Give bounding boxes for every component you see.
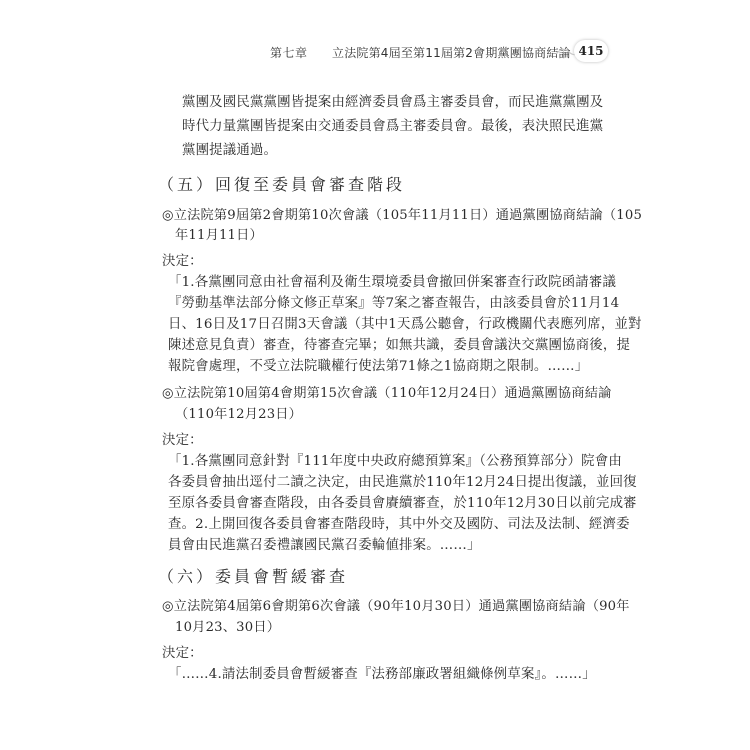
paragraph-line: 黨團及國民黨黨團皆提案由經濟委員會爲主審委員會，而民進黨黨團及 (182, 93, 603, 113)
quote-line: 「1.各黨團同意由社會福利及衛生環境委員會撤回併案審查行政院函請審議 (168, 273, 616, 293)
chapter-label: 第七章 (270, 44, 308, 61)
chapter-title: 立法院第4屆至第11屆第2會期黨團協商結論 (332, 44, 571, 61)
citation-line: （110年12月23日） (175, 405, 302, 425)
quote-line: 報院會處理，不受立法院職權行使法第71條之1協商期之限制。……」 (168, 357, 588, 377)
quote-line: 各委員會抽出逕付二讀之決定，由民進黨於110年12月24日提出復議，並回復 (168, 473, 637, 493)
quote-line: 至原各委員會審查階段，由各委員會賡續審查，於110年12月30日以前完成審 (168, 494, 637, 514)
quote-line: 「……4.請法制委員會暫緩審查『法務部廉政署組織條例草案』。……」 (168, 665, 596, 685)
section-heading: （五）回復至委員會審查階段 (158, 175, 405, 195)
citation-line: 年11月11日） (175, 226, 263, 246)
decision-label: 決定： (162, 644, 203, 664)
quote-line: 『勞動基準法部分條文修正草案』等7案之審查報告，由該委員會於11月14 (168, 294, 619, 314)
citation-line: ◎立法院第4屆第6會期第6次會議（90年10月30日）通過黨團協商結論（90年 (162, 597, 630, 617)
quote-line: 日、16日及17日召開3天會議（其中1天爲公聽會，行政機關代表應列席，並對 (168, 315, 642, 335)
paragraph-line: 黨團提議通過。 (182, 141, 277, 161)
quote-line: 陳述意見負責）審查，待審查完畢；如無共識，委員會議決交黨團協商後，提 (168, 336, 630, 356)
citation-line: ◎立法院第9屆第2會期第10次會議（105年11月11日）通過黨團協商結論（10… (162, 206, 642, 226)
book-page: 第七章 立法院第4屆至第11屆第2會期黨團協商結論 415 黨團及國民黨黨團皆提… (0, 0, 750, 750)
page-number: 415 (574, 40, 608, 62)
quote-line: 「1.各黨團同意針對『111年度中央政府總預算案』（公務預算部分）院會由 (168, 452, 622, 472)
running-header: 第七章 立法院第4屆至第11屆第2會期黨團協商結論 415 (270, 40, 610, 64)
decision-label: 決定： (162, 431, 203, 451)
decision-label: 決定： (162, 252, 203, 272)
citation-line: ◎立法院第10屆第4會期第15次會議（110年12月24日）通過黨團協商結論 (162, 384, 611, 404)
quote-line: 員會由民進黨召委禮讓國民黨召委輪値排案。……」 (168, 536, 481, 556)
section-heading: （六）委員會暫緩審查 (158, 567, 348, 587)
citation-line: 10月23、30日） (175, 618, 280, 638)
paragraph-line: 時代力量黨團皆提案由交通委員會爲主審委員會。最後，表決照民進黨 (182, 117, 603, 137)
quote-line: 查。2.上開回復各委員會審查階段時，其中外交及國防、司法及法制、經濟委 (168, 515, 630, 535)
